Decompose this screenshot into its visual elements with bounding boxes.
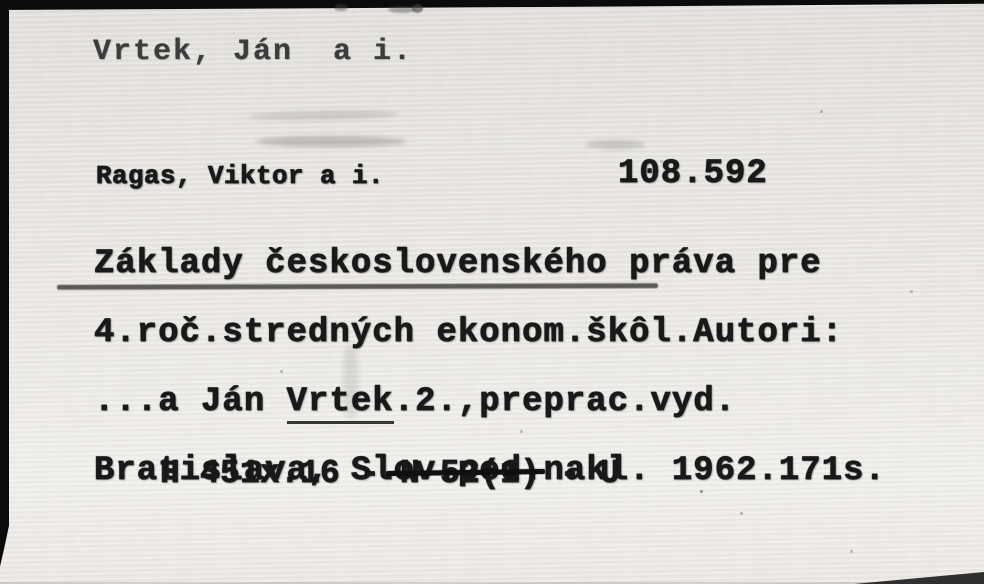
ink-smudge — [256, 136, 406, 147]
title-line-1: Základy československého práva pre — [94, 248, 954, 281]
author-line: Ragas, Viktor a i. 108.592 — [0, 155, 984, 195]
ink-smudge — [412, 4, 423, 13]
call-number-part1: H 451x.16 - — [160, 455, 400, 492]
title-line-3: ...a Ján Vrtek.2.,preprac.vyd. — [94, 386, 954, 419]
scan-edge-left — [0, 0, 9, 584]
catalog-card-scan: Vrtek, Ján a i. Ragas, Viktor a i. 108.5… — [0, 0, 984, 584]
title-line-3-pre: ...a Ján — [94, 383, 287, 421]
author-name: Ragas, Viktor a i. — [96, 161, 384, 191]
ink-smudge — [334, 4, 348, 11]
call-number-part2: - U — [540, 455, 620, 492]
underlined-name: Vrtek — [287, 383, 394, 424]
struck-call-number: N 52(1) — [400, 455, 540, 492]
ink-smudge — [585, 140, 645, 149]
call-number-line: H 451x.16 - N 52(1) - U — [160, 455, 620, 492]
ink-smudge — [248, 110, 400, 122]
scan-edge-top — [0, 0, 984, 10]
title-line-2: 4.roč.stredných ekonom.škôl.Autori: — [94, 317, 954, 350]
card-heading: Vrtek, Ján a i. — [93, 36, 413, 69]
shelf-number: 108.592 — [618, 155, 768, 193]
title-line-3-post: .2.,preprac.vyd. — [394, 383, 736, 421]
